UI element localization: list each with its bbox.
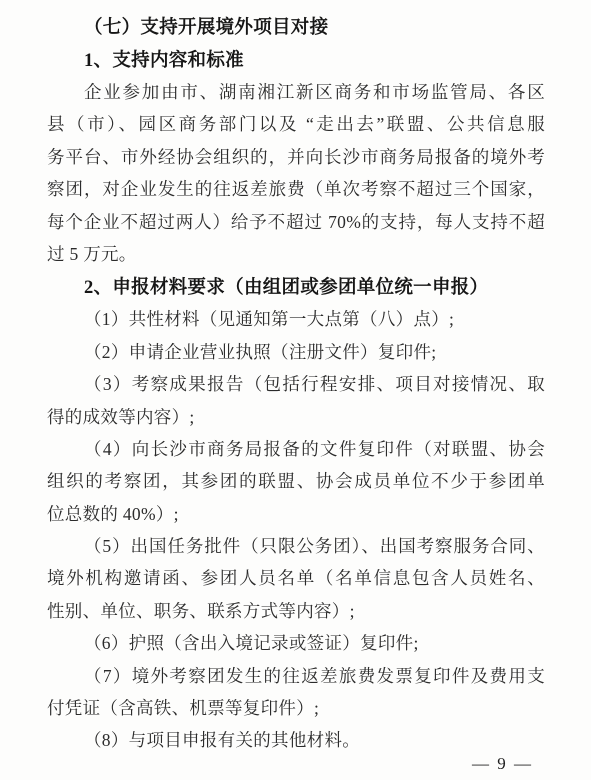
list-item-4-line: （4）向长沙市商务局报备的文件复印件（对联盟、协会 (47, 433, 545, 465)
list-item-4-line: 组织的考察团，其参团的联盟、协会成员单位不少于参团单 (47, 465, 545, 497)
list-item-1: （1）共性材料（见通知第一大点第（八）点）; (47, 303, 545, 335)
list-item-5-line: 境外机构邀请函、参团人员名单（名单信息包含人员姓名、 (47, 562, 545, 594)
section-heading: （七）支持开展境外项目对接 (47, 10, 545, 43)
list-item-4-line: 位总数的 40%）; (47, 498, 545, 530)
subheading-support-content: 1、支持内容和标准 (47, 43, 545, 76)
list-item-3-line: 得的成效等内容）; (47, 401, 545, 433)
paragraph-line: 过 5 万元。 (47, 238, 545, 270)
paragraph-line: 务平台、市外经协会组织的，并向长沙市商务局报备的境外考 (47, 141, 545, 173)
list-item-7-line: （7）境外考察团发生的往返差旅费发票复印件及费用支 (47, 660, 545, 692)
subheading-application-materials: 2、申报材料要求（由组团或参团单位统一申报） (47, 270, 545, 303)
document-page: （七）支持开展境外项目对接 1、支持内容和标准 企业参加由市、湖南湘江新区商务和… (0, 0, 591, 780)
list-item-3-line: （3）考察成果报告（包括行程安排、项目对接情况、取 (47, 368, 545, 400)
list-item-8: （8）与项目申报有关的其他材料。 (47, 724, 545, 756)
paragraph-line: 企业参加由市、湖南湘江新区商务和市场监管局、各区 (47, 76, 545, 108)
list-item-7-line: 付凭证（含高铁、机票等复印件）; (47, 692, 545, 724)
list-item-2: （2）申请企业营业执照（注册文件）复印件; (47, 336, 545, 368)
list-item-5-line: 性别、单位、职务、联系方式等内容）; (47, 595, 545, 627)
list-item-5-line: （5）出国任务批件（只限公务团）、出国考察服务合同、 (47, 530, 545, 562)
paragraph-line: 察团，对企业发生的往返差旅费（单次考察不超过三个国家， (47, 173, 545, 205)
list-item-6: （6）护照（含出入境记录或签证）复印件; (47, 627, 545, 659)
page-number: — 9 — (472, 754, 533, 774)
paragraph-line: 县（市）、园区商务部门以及 “走出去”联盟、公共信息服 (47, 108, 545, 140)
paragraph-line: 每个企业不超过两人）给予不超过 70%的支持，每人支持不超 (47, 206, 545, 238)
